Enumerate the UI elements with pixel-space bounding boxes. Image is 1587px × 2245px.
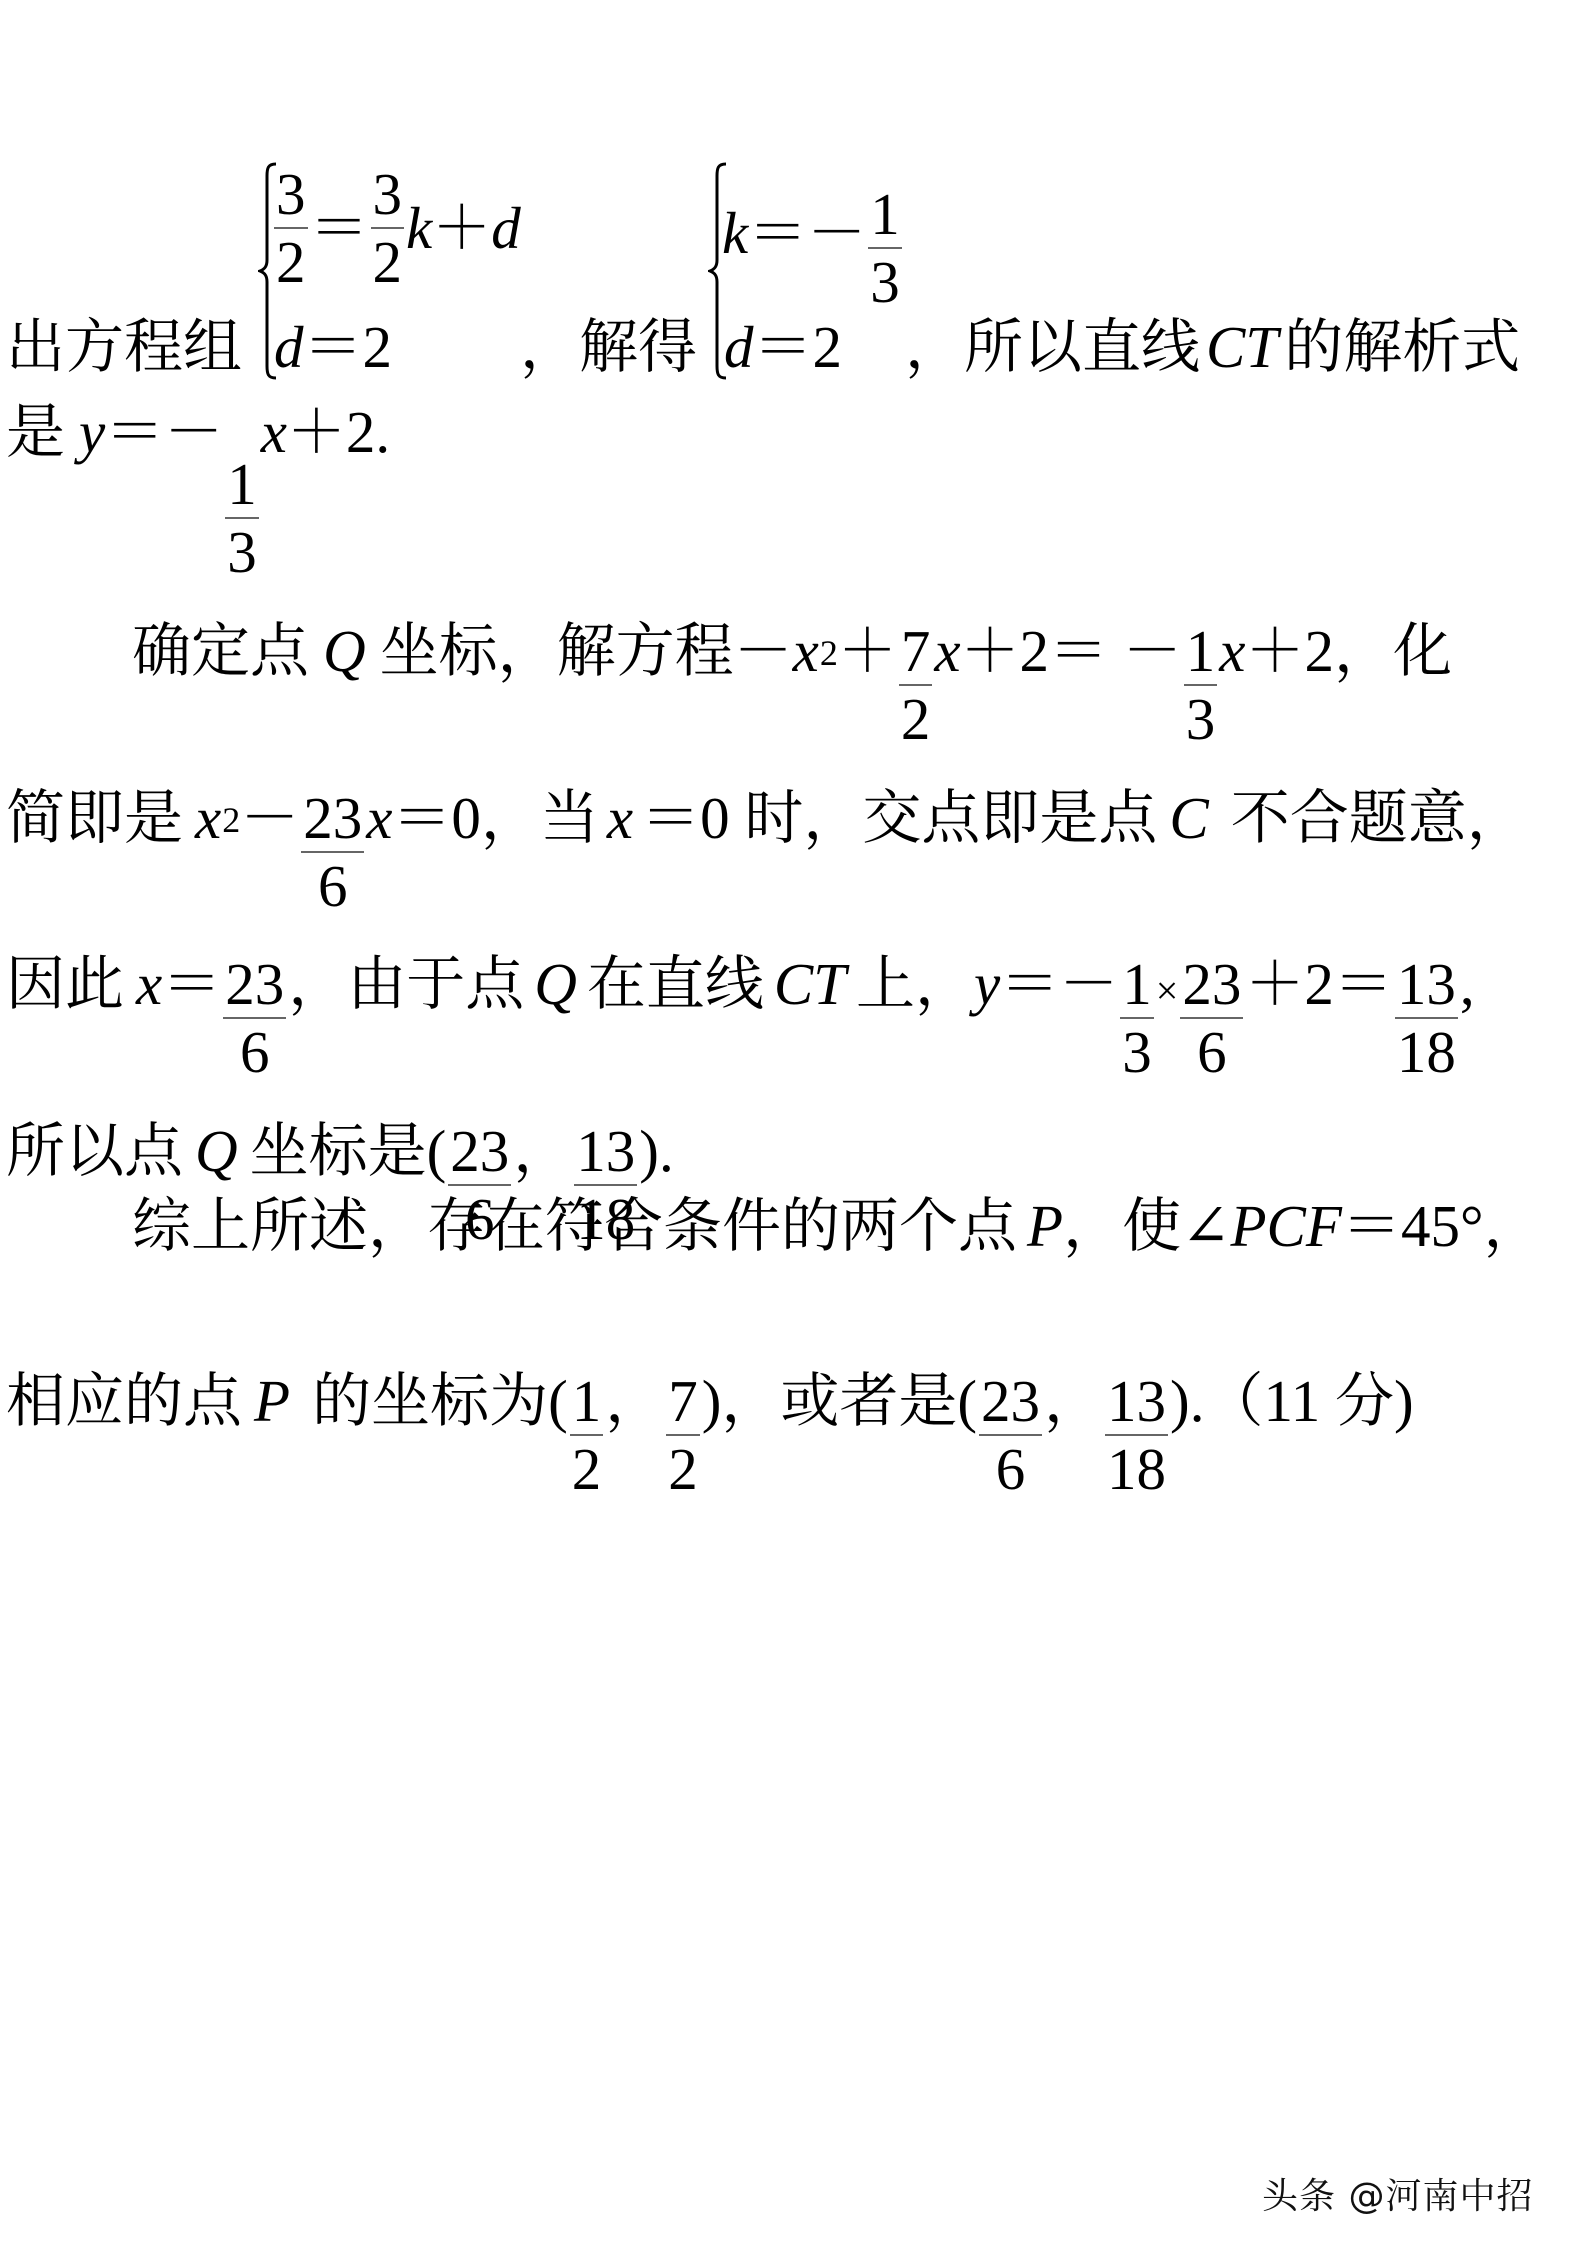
text: ＝0 时，交点即是点 bbox=[641, 789, 1157, 848]
fraction-bar bbox=[570, 1434, 604, 1435]
denominator: 6 bbox=[994, 1440, 1028, 1499]
text: ).（11 分) bbox=[1170, 1372, 1414, 1431]
text: ＋2. bbox=[287, 403, 390, 462]
minus-sign: － bbox=[807, 204, 866, 263]
variable-d: d bbox=[491, 199, 521, 258]
system-2-row-2: d＝2 bbox=[724, 318, 842, 377]
minus-sign: － bbox=[240, 789, 299, 848]
equals-minus: ＝－ bbox=[1000, 955, 1118, 1014]
equals-sign: ＝ bbox=[310, 199, 369, 258]
numerator: 3 bbox=[274, 165, 308, 224]
text: 所以点 bbox=[6, 1122, 183, 1181]
line-4: 简即是 x2 － 23 6 x ＝0，当 x ＝0 时，交点即是点 C 不合题意… bbox=[6, 737, 1526, 916]
fraction-bar bbox=[1395, 1017, 1458, 1018]
label-q: Q bbox=[195, 1122, 238, 1181]
fraction-bar bbox=[274, 227, 308, 228]
text-solve: ，解得 bbox=[520, 318, 697, 377]
numerator: 1 bbox=[868, 185, 902, 244]
fraction-bar bbox=[225, 517, 259, 518]
numerator: 13 bbox=[1105, 1372, 1168, 1431]
fraction: 23 6 bbox=[979, 1372, 1042, 1499]
denominator: 6 bbox=[1195, 1023, 1229, 1082]
text: 因此 bbox=[6, 955, 124, 1014]
fraction-bar bbox=[448, 1184, 511, 1185]
fraction: 13 18 bbox=[1105, 1372, 1168, 1499]
text: 不合题意， bbox=[1231, 789, 1526, 848]
fraction: 23 6 bbox=[223, 955, 286, 1082]
numerator: 23 bbox=[979, 1372, 1042, 1431]
variable-x: x bbox=[1219, 622, 1245, 681]
numerator: 23 bbox=[223, 955, 286, 1014]
fraction: 3 2 bbox=[371, 165, 405, 292]
equals-sign: ＝ bbox=[304, 314, 363, 380]
numerator: 7 bbox=[899, 622, 933, 681]
value: 2 bbox=[813, 314, 843, 380]
denominator: 18 bbox=[1105, 1440, 1168, 1499]
fraction: 1 3 bbox=[225, 455, 259, 582]
text: 综上所述，存在符合条件的两个点 bbox=[132, 1197, 1017, 1256]
numerator: 1 bbox=[570, 1372, 604, 1431]
label-pcf: PCF bbox=[1231, 1197, 1342, 1256]
line-3: 确定点 Q 坐标，解方程－ x2 ＋ 7 2 x ＋2＝ － 1 3 x ＋2，… bbox=[132, 570, 1452, 749]
fraction-bar bbox=[899, 684, 933, 685]
fraction: 7 2 bbox=[666, 1372, 700, 1499]
label-c: C bbox=[1169, 789, 1208, 848]
text: 坐标，解方程－ bbox=[380, 622, 793, 681]
variable-d: d bbox=[274, 314, 304, 380]
fraction: 23 6 bbox=[1180, 955, 1243, 1082]
numerator: 3 bbox=[371, 165, 405, 224]
variable-x: x bbox=[934, 622, 960, 681]
fraction: 1 2 bbox=[570, 1372, 604, 1499]
label-ct: CT bbox=[1206, 314, 1278, 380]
text: ＝45°， bbox=[1342, 1197, 1543, 1256]
numerator: 1 bbox=[1120, 955, 1154, 1014]
numerator: 1 bbox=[1184, 622, 1218, 681]
comma: ， bbox=[1044, 1372, 1103, 1431]
comma: ， bbox=[513, 1122, 572, 1181]
text-line-ct: ，所以直线CT的解析式 bbox=[905, 318, 1520, 377]
text-prefix: 出方程组 bbox=[6, 318, 242, 377]
line-2: 是 y ＝－ 1 3 x ＋2. bbox=[6, 403, 390, 582]
denominator: 2 bbox=[274, 233, 308, 292]
fraction-bar bbox=[666, 1434, 700, 1435]
text: 相应的点 bbox=[6, 1372, 242, 1431]
text: ＋2＝ － bbox=[961, 622, 1182, 681]
document-page: 出方程组 3 2 ＝ 3 2 k ＋ d bbox=[0, 0, 1587, 2245]
denominator: 18 bbox=[1395, 1023, 1458, 1082]
line-8: 相应的点 P 的坐标为( 1 2 ， 7 2 )，或者是( 23 6 ， 13 … bbox=[6, 1320, 1414, 1499]
equals-sign: ＝ bbox=[748, 204, 807, 263]
equals-sign: ＝ bbox=[754, 314, 813, 380]
system-2-row-1: k ＝ － 1 3 bbox=[722, 165, 904, 312]
fraction-bar bbox=[223, 1017, 286, 1018]
denominator: 3 bbox=[1120, 1023, 1154, 1082]
system-1-row-1: 3 2 ＝ 3 2 k ＋ d bbox=[272, 165, 521, 292]
exponent: 2 bbox=[222, 802, 240, 838]
comma: ， bbox=[605, 1372, 664, 1431]
text: ). bbox=[639, 1122, 673, 1181]
variable-k: k bbox=[406, 199, 432, 258]
text: 的坐标为( bbox=[312, 1372, 568, 1431]
label-q: Q bbox=[534, 955, 577, 1014]
variable-y: y bbox=[79, 403, 105, 462]
numerator: 1 bbox=[225, 455, 259, 514]
numerator: 23 bbox=[1180, 955, 1243, 1014]
variable-x: x bbox=[366, 789, 392, 848]
denominator: 2 bbox=[666, 1440, 700, 1499]
text: )，或者是( bbox=[702, 1372, 977, 1431]
text: 确定点 bbox=[132, 622, 309, 681]
fraction-bar bbox=[574, 1184, 637, 1185]
text: 坐标是( bbox=[250, 1122, 447, 1181]
watermark: 头条 @河南中招 bbox=[1262, 2168, 1533, 2219]
text: ＋2，化 bbox=[1245, 622, 1452, 681]
equals-sign: ＝ bbox=[162, 955, 221, 1014]
fraction-bar bbox=[868, 247, 902, 248]
denominator: 2 bbox=[570, 1440, 604, 1499]
text: 简即是 bbox=[6, 789, 183, 848]
fraction: 1 3 bbox=[868, 185, 902, 312]
text: , bbox=[1460, 955, 1475, 1014]
text: ＝0，当 bbox=[392, 789, 599, 848]
denominator: 3 bbox=[868, 253, 902, 312]
variable-k: k bbox=[722, 204, 748, 263]
numerator: 7 bbox=[666, 1372, 700, 1431]
fraction: 23 6 bbox=[301, 789, 364, 916]
numerator: 23 bbox=[301, 789, 364, 848]
line-7: 综上所述，存在符合条件的两个点 P ，使∠ PCF ＝45°， bbox=[132, 1197, 1543, 1256]
variable-x: x bbox=[261, 403, 287, 462]
fraction-bar bbox=[1184, 684, 1218, 685]
variable-x: x bbox=[607, 789, 633, 848]
variable-y: y bbox=[974, 955, 1000, 1014]
equals-minus: ＝－ bbox=[105, 403, 223, 462]
variable-d: d bbox=[724, 314, 754, 380]
fraction-bar bbox=[371, 227, 405, 228]
label-p: P bbox=[1027, 1197, 1063, 1256]
fraction-bar bbox=[301, 851, 364, 852]
denominator: 2 bbox=[371, 233, 405, 292]
fraction-bar bbox=[1180, 1017, 1243, 1018]
variable-x: x bbox=[195, 789, 221, 848]
plus-sign: ＋ bbox=[838, 622, 897, 681]
fraction: 1 3 bbox=[1120, 955, 1154, 1082]
fraction: 1 3 bbox=[1184, 622, 1218, 749]
text: ，所以直线 bbox=[905, 314, 1200, 380]
variable-x: x bbox=[136, 955, 162, 1014]
text: 的解析式 bbox=[1284, 314, 1520, 380]
text: 上， bbox=[856, 955, 974, 1014]
label-q: Q bbox=[323, 622, 366, 681]
value: 2 bbox=[363, 314, 393, 380]
label-p: P bbox=[254, 1372, 290, 1431]
text: ，使∠ bbox=[1063, 1197, 1230, 1256]
system-1-row-2: d＝2 bbox=[274, 318, 392, 377]
fraction-bar bbox=[1120, 1017, 1154, 1018]
times-sign: × bbox=[1156, 971, 1179, 1011]
text: 在直线 bbox=[587, 955, 764, 1014]
text: 是 bbox=[6, 403, 65, 462]
numerator: 13 bbox=[574, 1122, 637, 1181]
exponent: 2 bbox=[820, 635, 838, 671]
numerator: 23 bbox=[448, 1122, 511, 1181]
text: ，由于点 bbox=[288, 955, 524, 1014]
fraction-bar bbox=[979, 1434, 1042, 1435]
label-ct: CT bbox=[774, 955, 846, 1014]
fraction: 13 18 bbox=[1395, 955, 1458, 1082]
fraction: 3 2 bbox=[274, 165, 308, 292]
fraction-bar bbox=[1105, 1434, 1168, 1435]
text: ＋2＝ bbox=[1245, 955, 1393, 1014]
plus-sign: ＋ bbox=[432, 199, 491, 258]
line-5: 因此 x ＝ 23 6 ，由于点 Q 在直线 CT 上， y ＝－ 1 3 × … bbox=[6, 903, 1475, 1082]
fraction: 7 2 bbox=[899, 622, 933, 749]
numerator: 13 bbox=[1395, 955, 1458, 1014]
variable-x: x bbox=[793, 622, 819, 681]
